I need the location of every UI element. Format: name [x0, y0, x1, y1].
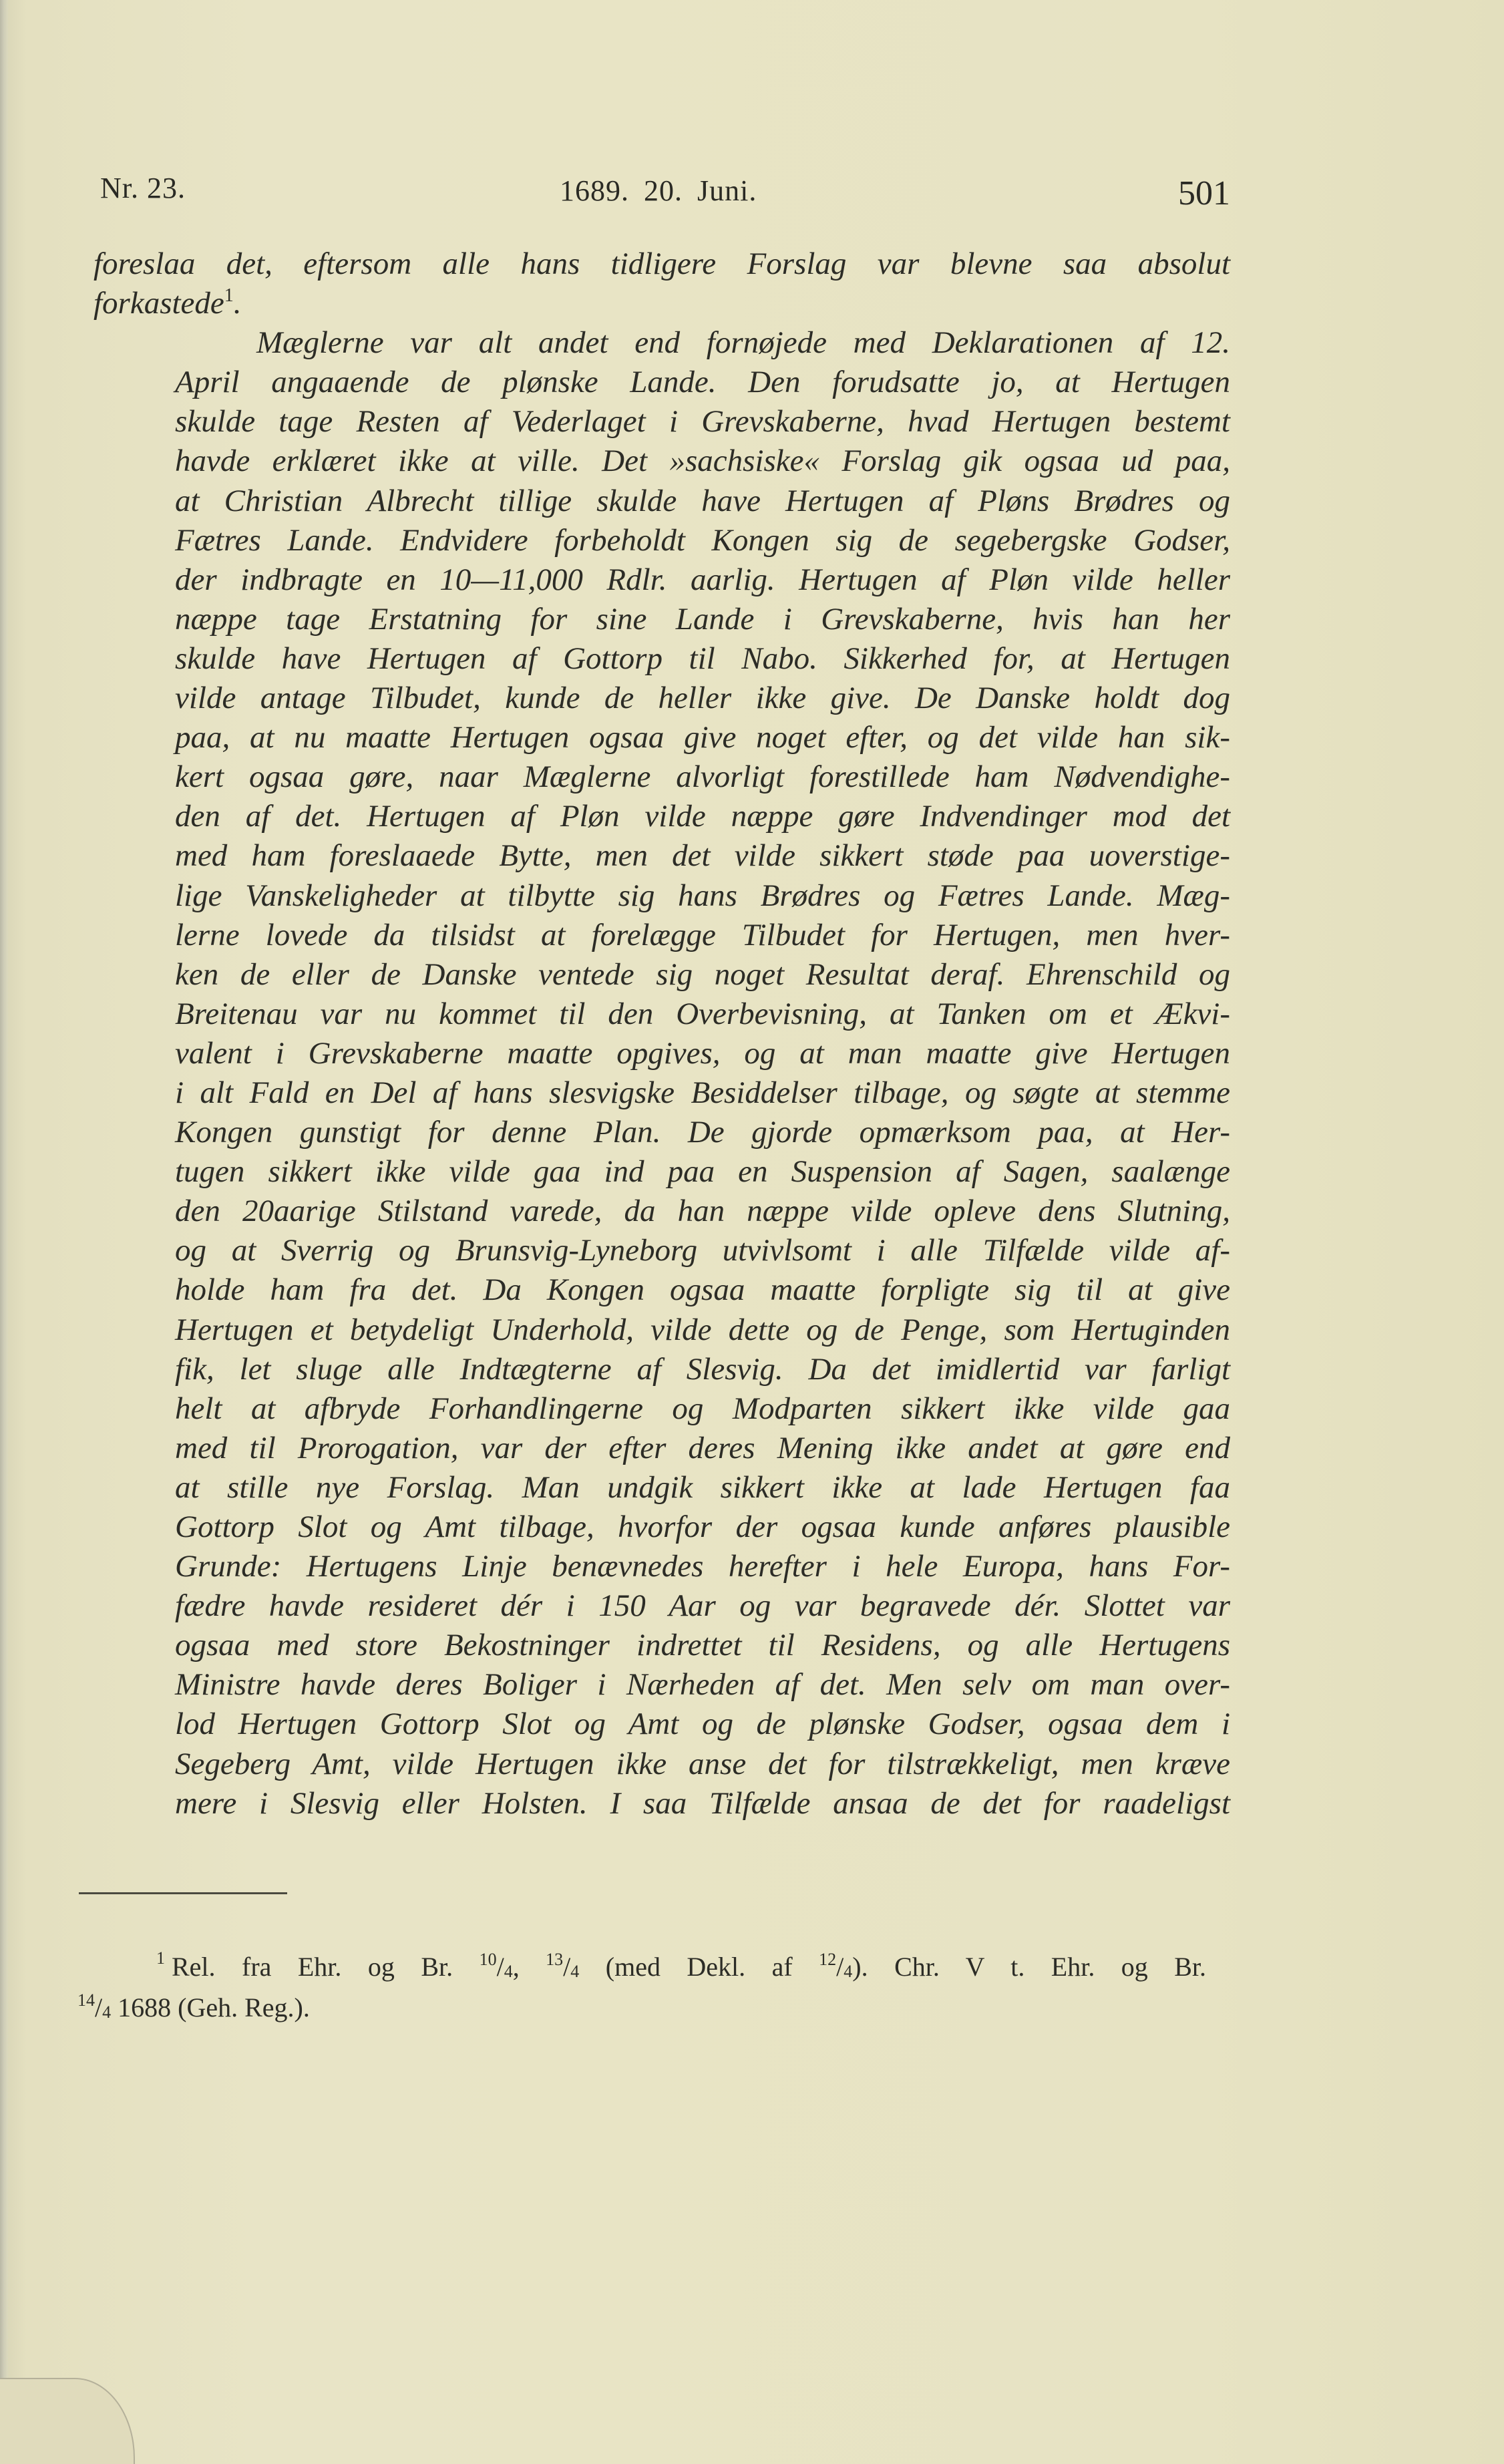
footnote-text: (med Dekl. af — [606, 1952, 793, 1982]
text-line: Gottorp Slot og Amt tilbage, hvorfor der… — [93, 1508, 1230, 1547]
text-line: havde erklæret ikke at ville. Det »sachs… — [93, 442, 1230, 481]
text-line: April angaaende de plønske Lande. Den fo… — [93, 363, 1230, 402]
running-head: Nr. 23. 1689. 20. Juni. 501 — [100, 168, 1230, 208]
text-line: forkastede1. — [93, 284, 1230, 323]
text-line-content: forkastede — [93, 286, 224, 321]
text-line: Breitenau var nu kommet til den Overbevi… — [93, 995, 1230, 1034]
fraction-numerator: 14 — [77, 1990, 95, 2010]
text-line: at Christian Albrecht tillige skulde hav… — [93, 482, 1230, 521]
date-fraction: 10/4 — [480, 1960, 513, 1980]
footnote-text: Rel. fra Ehr. og Br. — [172, 1952, 453, 1982]
book-page: Nr. 23. 1689. 20. Juni. 501 foreslaa det… — [0, 0, 1504, 2464]
text-line: Mæglerne var alt andet end fornøjede med… — [175, 323, 1230, 363]
text-line: med ham foreslaaede Bytte, men det vilde… — [93, 836, 1230, 876]
fraction-denominator: 4 — [843, 1962, 852, 1981]
footnote-text: ). Chr. V t. Ehr. og Br. — [852, 1952, 1206, 1982]
date-fraction: 13/4 — [546, 1960, 579, 1980]
text-line: foreslaa det, eftersom alle hans tidlige… — [93, 244, 1230, 284]
fraction-numerator: 13 — [546, 1950, 563, 1969]
text-line: Fætres Lande. Endvidere forbeholdt Konge… — [93, 521, 1230, 560]
text-line: den af det. Hertugen af Pløn vilde næppe… — [93, 797, 1230, 836]
text-line: næppe tage Erstatning for sine Lande i G… — [93, 600, 1230, 639]
text-line: ogsaa med store Bekostninger indrettet t… — [93, 1626, 1230, 1665]
text-line: Grunde: Hertugens Linje benævnedes heref… — [93, 1547, 1230, 1586]
text-line: mere i Slesvig eller Holsten. I saa Tilf… — [93, 1784, 1230, 1823]
text-line: der indbragte en 10—11,000 Rdlr. aarlig.… — [93, 560, 1230, 600]
text-line: valent i Grevskaberne maatte opgives, og… — [93, 1034, 1230, 1073]
page-number: 501 — [1178, 174, 1230, 214]
text-line: helt at afbryde Forhandlingerne og Modpa… — [93, 1389, 1230, 1429]
text-line: fædre havde resideret dér i 150 Aar og v… — [93, 1586, 1230, 1626]
text-line: vilde antage Tilbudet, kunde de heller i… — [93, 679, 1230, 718]
footnote-text: 1688 (Geh. Reg.). — [118, 1992, 310, 2022]
footnotes: 1Rel. fra Ehr. og Br. 10/4, 13/4 (med De… — [77, 1944, 1206, 2027]
fraction-denominator: 4 — [504, 1962, 513, 1981]
fraction-denominator: 4 — [102, 2002, 111, 2022]
fraction-numerator: 12 — [819, 1950, 836, 1969]
page-corner-tab — [0, 2378, 135, 2464]
document-date: 1689. 20. Juni. — [560, 171, 757, 211]
page-binding-edge — [0, 0, 8, 2464]
text-line: kert ogsaa gøre, naar Mæglerne alvorligt… — [93, 757, 1230, 797]
text-line: ken de eller de Danske ventede sig noget… — [93, 955, 1230, 995]
text-line: Hertugen et betydeligt Underhold, vilde … — [93, 1310, 1230, 1350]
footnote-marker: 1 — [156, 1948, 165, 1968]
fraction-denominator: 4 — [570, 1962, 579, 1981]
text-line: med til Prorogation, var der efter deres… — [93, 1429, 1230, 1468]
text-line: lige Vanskeligheder at tilbytte sig hans… — [93, 876, 1230, 916]
text-line-punctuation: . — [234, 286, 242, 321]
date-fraction: 14/4 — [77, 2001, 111, 2020]
text-line: holde ham fra det. Da Kongen ogsaa maatt… — [93, 1270, 1230, 1310]
fraction-slash: / — [95, 1992, 102, 2022]
document-number: Nr. 23. — [100, 168, 186, 208]
date-fraction: 12/4 — [819, 1960, 852, 1980]
text-line: Segeberg Amt, vilde Hertugen ikke anse d… — [93, 1745, 1230, 1784]
text-line: i alt Fald en Del af hans slesvigske Bes… — [93, 1073, 1230, 1113]
text-line: og at Sverrig og Brunsvig-Lyneborg utviv… — [93, 1231, 1230, 1270]
paragraph-2: Mæglerne var alt andet end fornøjede med… — [93, 323, 1230, 1823]
text-line: lerne lovede da tilsidst at forelægge Ti… — [93, 916, 1230, 955]
text-line: Ministre havde deres Boliger i Nærheden … — [93, 1665, 1230, 1705]
fraction-slash: / — [497, 1952, 504, 1982]
fraction-numerator: 10 — [480, 1950, 497, 1969]
footnote-separator — [79, 1892, 287, 1894]
footnote-separator-comma: , — [513, 1952, 520, 1982]
text-line: Kongen gunstigt for denne Plan. De gjord… — [93, 1113, 1230, 1152]
text-line: skulde tage Resten af Vederlaget i Grevs… — [93, 402, 1230, 442]
text-line: tugen sikkert ikke vilde gaa ind paa en … — [93, 1152, 1230, 1192]
body-text: foreslaa det, eftersom alle hans tidlige… — [93, 244, 1230, 1823]
text-line: paa, at nu maatte Hertugen ogsaa give no… — [93, 718, 1230, 757]
fraction-slash: / — [836, 1952, 843, 1982]
text-line: den 20aarige Stilstand varede, da han næ… — [93, 1192, 1230, 1231]
text-line: skulde have Hertugen af Gottorp til Nabo… — [93, 639, 1230, 679]
paragraph-1: foreslaa det, eftersom alle hans tidlige… — [93, 244, 1230, 323]
footnote-reference[interactable]: 1 — [224, 285, 234, 306]
text-line: fik, let sluge alle Indtægterne af Slesv… — [93, 1350, 1230, 1389]
text-line: at stille nye Forslag. Man undgik sikker… — [93, 1468, 1230, 1508]
fraction-slash: / — [563, 1952, 570, 1982]
text-line: lod Hertugen Gottorp Slot og Amt og de p… — [93, 1705, 1230, 1744]
footnote-1-line-1: 1Rel. fra Ehr. og Br. 10/4, 13/4 (med De… — [77, 1944, 1206, 1986]
footnote-1-line-2: 14/4 1688 (Geh. Reg.). — [77, 1986, 1206, 2027]
